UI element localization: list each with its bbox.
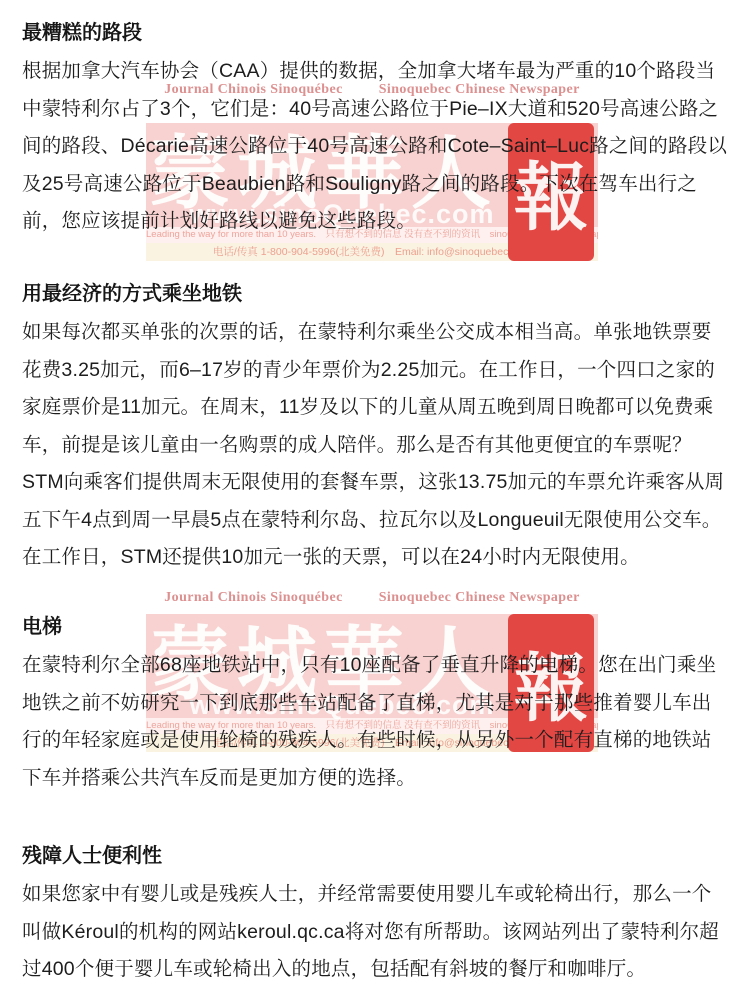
section-elevators: 电梯 在蒙特利尔全部68座地铁站中，只有10座配备了垂直升降的电梯。您在出门乘坐…: [22, 614, 729, 797]
section-accessibility: 残障人士便利性 如果您家中有婴儿或是残疾人士，并经常需要使用婴儿车或轮椅出行，那…: [22, 843, 729, 989]
section-body: 如果您家中有婴儿或是残疾人士，并经常需要使用婴儿车或轮椅出行，那么一个叫做Kér…: [22, 876, 729, 989]
section-body: 在蒙特利尔全部68座地铁站中，只有10座配备了垂直升降的电梯。您在出门乘坐地铁之…: [22, 647, 729, 797]
section-worst-roads: 最糟糕的路段 根据加拿大汽车协会（CAA）提供的数据，全加拿大堵车最为严重的10…: [22, 20, 729, 241]
section-body: 如果每次都买单张的次票的话，在蒙特利尔乘坐公交成本相当高。单张地铁票要花费3.2…: [22, 314, 729, 577]
watermark-journal-line: Journal Chinois Sinoquébec Sinoquebec Ch…: [146, 591, 598, 605]
section-title: 电梯: [22, 614, 729, 640]
watermark-journal-fr: Journal Chinois Sinoquébec: [164, 591, 342, 605]
section-title: 残障人士便利性: [22, 843, 729, 869]
watermark-spacer: [146, 605, 598, 614]
watermark-journal-en: Sinoquebec Chinese Newspaper: [379, 591, 580, 605]
section-title: 用最经济的方式乘坐地铁: [22, 281, 729, 307]
section-body: 根据加拿大汽车协会（CAA）提供的数据，全加拿大堵车最为严重的10个路段当中蒙特…: [22, 53, 729, 241]
section-metro-economy: 用最经济的方式乘坐地铁 如果每次都买单张的次票的话，在蒙特利尔乘坐公交成本相当高…: [22, 281, 729, 577]
section-title: 最糟糕的路段: [22, 20, 729, 46]
